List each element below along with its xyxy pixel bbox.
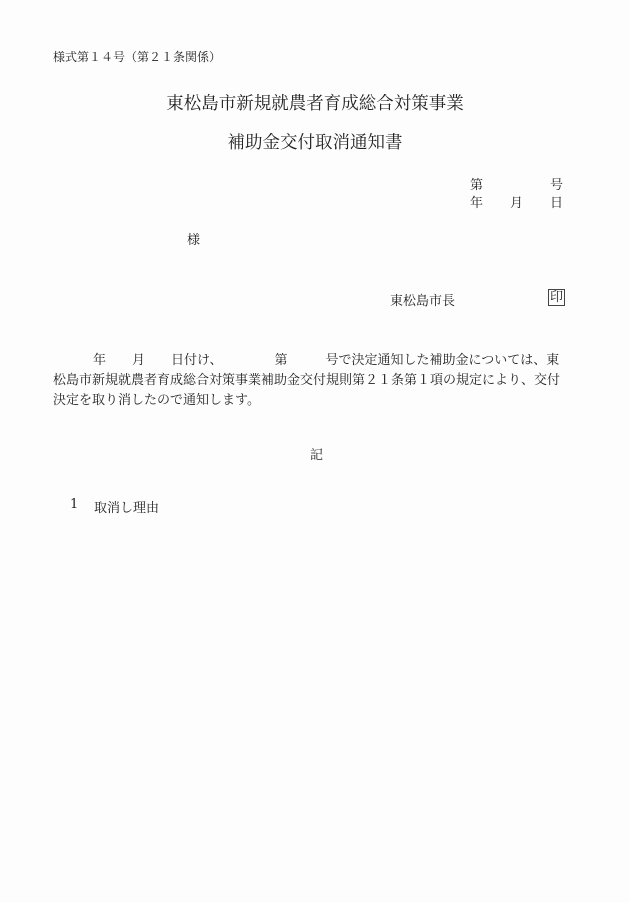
addressee-suffix: 様 — [187, 229, 200, 248]
body-line2: 松島市新規就農者育成総合対策事業補助金交付規則第２１条第１項の規定により、交付 — [53, 371, 583, 391]
item-number: 1 — [70, 497, 78, 512]
ki-heading: 記 — [310, 444, 323, 463]
item-label: 取消し理由 — [94, 497, 159, 516]
date-month: 月 — [510, 192, 523, 211]
body-line3: 決定を取り消したので通知します。 — [53, 391, 583, 411]
issuer-name: 東松島市長 — [390, 290, 455, 309]
seal-mark: 印 — [548, 289, 565, 306]
doc-number-prefix: 第 — [470, 174, 483, 193]
body-paragraph: 年月日付け、第号で決定通知した補助金については、東 松島市新規就農者育成総合対策… — [53, 351, 583, 411]
date-year: 年 — [470, 192, 483, 211]
document-title-line2: 補助金交付取消通知書 — [0, 129, 630, 154]
document-title-line1: 東松島市新規就農者育成総合対策事業 — [0, 90, 630, 115]
body-line1: 年月日付け、第号で決定通知した補助金については、東 — [53, 351, 583, 371]
form-number: 様式第１４号（第２１条関係） — [53, 48, 221, 65]
date-day: 日 — [550, 192, 563, 211]
doc-number-suffix: 号 — [550, 174, 563, 193]
